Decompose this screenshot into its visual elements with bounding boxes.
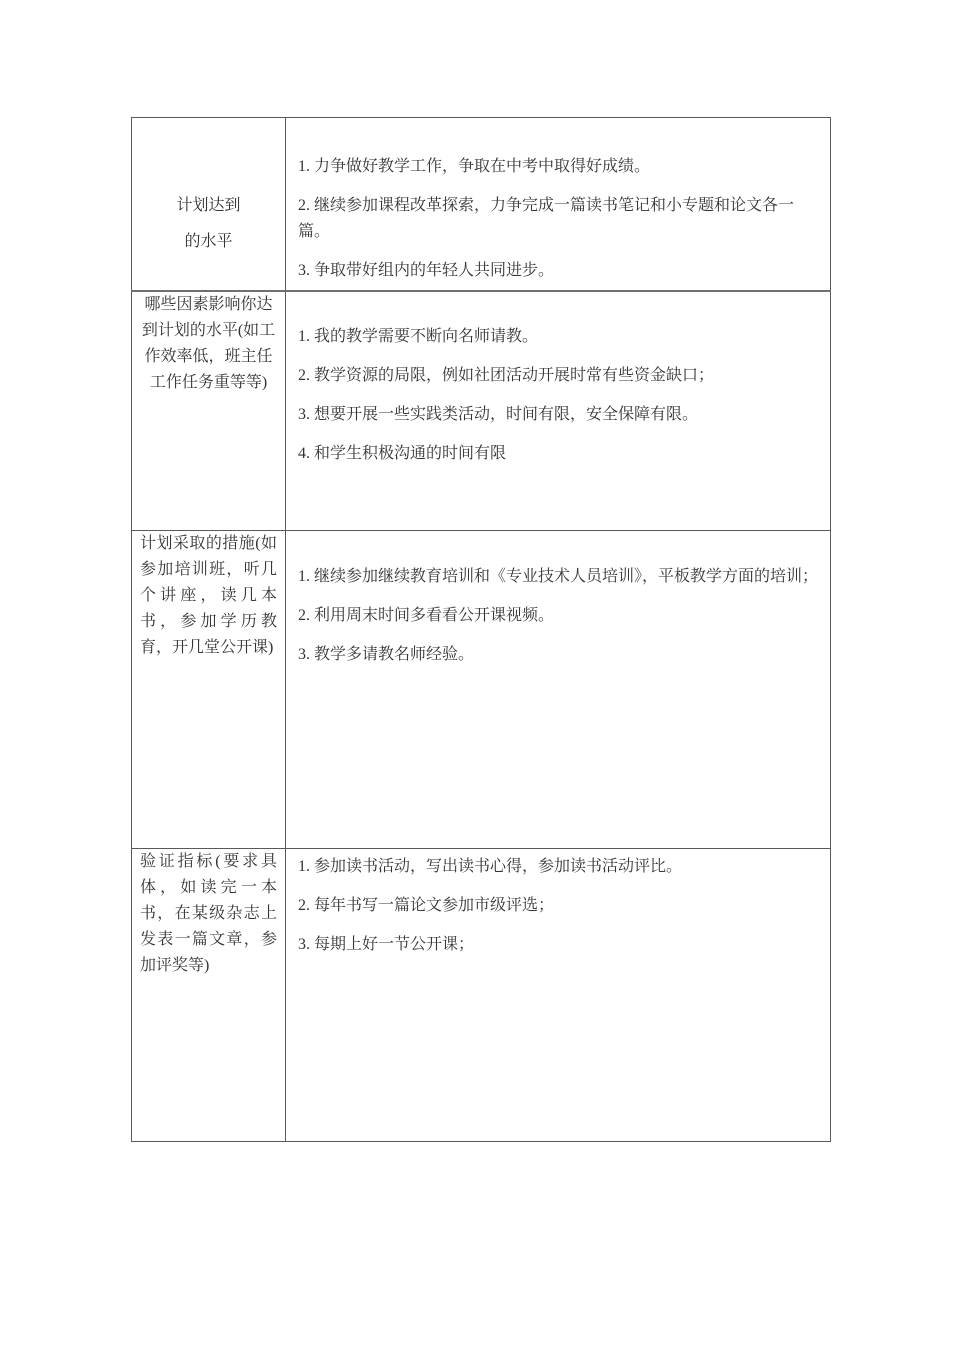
list-item: 2. 教学资源的局限，例如社团活动开展时常有些资金缺口； [298,363,822,389]
list-item: 1. 我的教学需要不断向名师请教。 [298,324,822,350]
list-item: 2. 每年书写一篇论文参加市级评选； [298,893,822,919]
list-item: 1. 参加读书活动，写出读书心得，参加读书活动评比。 [298,854,822,880]
row-header-planned-level: 计划达到 的水平 [132,118,286,291]
list-item: 2. 继续参加课程改革探索，力争完成一篇读书笔记和小专题和论文各一篇。 [298,193,822,245]
row-content-influencing-factors: 1. 我的教学需要不断向名师请教。 2. 教学资源的局限，例如社团活动开展时常有… [286,291,831,531]
list-item: 3. 想要开展一些实践类活动，时间有限，安全保障有限。 [298,402,822,428]
list-item: 3. 教学多请教名师经验。 [298,642,822,668]
document-page: 计划达到 的水平 1. 力争做好教学工作，争取在中考中取得好成绩。 2. 继续参… [0,0,960,1357]
list-item: 3. 争取带好组内的年轻人共同进步。 [298,258,822,284]
row-header-planned-measures: 计划采取的措施(如参加培训班，听几个讲座，读几本书，参加学历教育，开几堂公开课) [132,531,286,849]
list-item: 2. 利用周末时间多看看公开课视频。 [298,603,822,629]
list-item: 1. 继续参加继续教育培训和《专业技术人员培训》，平板教学方面的培训； [298,564,822,590]
table-row-planned-measures: 计划采取的措施(如参加培训班，听几个讲座，读几本书，参加学历教育，开几堂公开课)… [132,531,831,849]
row-header-influencing-factors: 哪些因素影响你达到计划的水平(如工作效率低，班主任工作任务重等等) [132,291,286,531]
table-row-influencing-factors: 哪些因素影响你达到计划的水平(如工作效率低，班主任工作任务重等等) 1. 我的教… [132,291,831,531]
row-header-verification-indicators: 验证指标(要求具体，如读完一本书，在某级杂志上发表一篇文章，参加评奖等) [132,849,286,1142]
list-item: 3. 每期上好一节公开课； [298,932,822,958]
plan-table: 计划达到 的水平 1. 力争做好教学工作，争取在中考中取得好成绩。 2. 继续参… [131,117,831,1142]
list-item: 4. 和学生积极沟通的时间有限 [298,441,822,467]
row-content-verification-indicators: 1. 参加读书活动，写出读书心得，参加读书活动评比。 2. 每年书写一篇论文参加… [286,849,831,1142]
row-content-planned-measures: 1. 继续参加继续教育培训和《专业技术人员培训》，平板教学方面的培训； 2. 利… [286,531,831,849]
row-content-planned-level: 1. 力争做好教学工作，争取在中考中取得好成绩。 2. 继续参加课程改革探索，力… [286,118,831,291]
table-row-planned-level: 计划达到 的水平 1. 力争做好教学工作，争取在中考中取得好成绩。 2. 继续参… [132,118,831,291]
table-row-verification-indicators: 验证指标(要求具体，如读完一本书，在某级杂志上发表一篇文章，参加评奖等) 1. … [132,849,831,1142]
list-item: 1. 力争做好教学工作，争取在中考中取得好成绩。 [298,154,822,180]
